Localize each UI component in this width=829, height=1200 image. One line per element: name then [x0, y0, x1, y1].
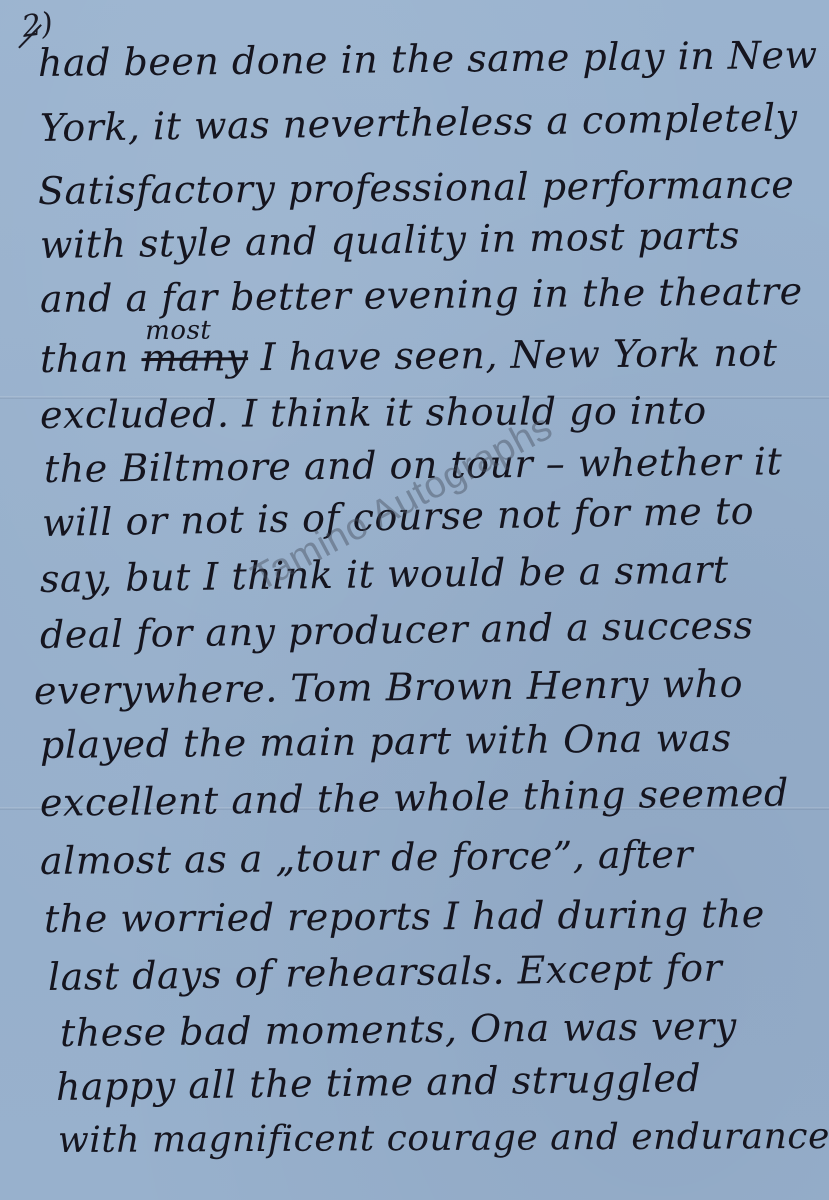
letter-page: 2) had been done in the same play in New…	[0, 0, 829, 1200]
text-segment: I have seen, New York not	[248, 331, 778, 380]
text-line: excellent and the whole thing seemed	[40, 770, 789, 826]
text-line: with style and quality in most parts	[40, 212, 741, 268]
struck-word: mostmany	[141, 335, 248, 380]
text-line: these bad moments, Ona was very	[60, 1003, 737, 1056]
text-line: had been done in the same play in New	[38, 32, 818, 86]
text-line: the worried reports I had during the	[44, 891, 765, 942]
text-line: deal for any producer and a success	[40, 602, 754, 658]
text-line: will or not is of course not for me to	[42, 488, 755, 546]
text-line: Satisfactory professional performance	[38, 161, 795, 214]
text-line: York, it was nevertheless a completely	[40, 94, 798, 151]
inserted-word: most	[145, 318, 211, 345]
text-line: almost as a „tour de force”, after	[40, 831, 694, 884]
text-line: and a far better evening in the theatre	[40, 268, 803, 322]
text-line: played the main part with Ona was	[40, 715, 732, 768]
text-line: happy all the time and struggled	[56, 1055, 702, 1110]
text-line: with magnificent courage and endurance	[58, 1114, 829, 1164]
text-segment: than	[40, 336, 142, 381]
text-line: last days of rehearsals. Except for	[48, 945, 723, 1000]
text-line-with-correction: than mostmany I have seen, New York not	[40, 330, 778, 382]
text-line: the Biltmore and on tour – whether it	[44, 438, 783, 492]
handwritten-text-body: had been done in the same play in New Yo…	[0, 0, 829, 1200]
text-line: everywhere. Tom Brown Henry who	[34, 661, 743, 714]
text-line: excluded. I think it should go into	[40, 387, 707, 438]
text-line: say, but I think it would be a smart	[40, 546, 729, 602]
